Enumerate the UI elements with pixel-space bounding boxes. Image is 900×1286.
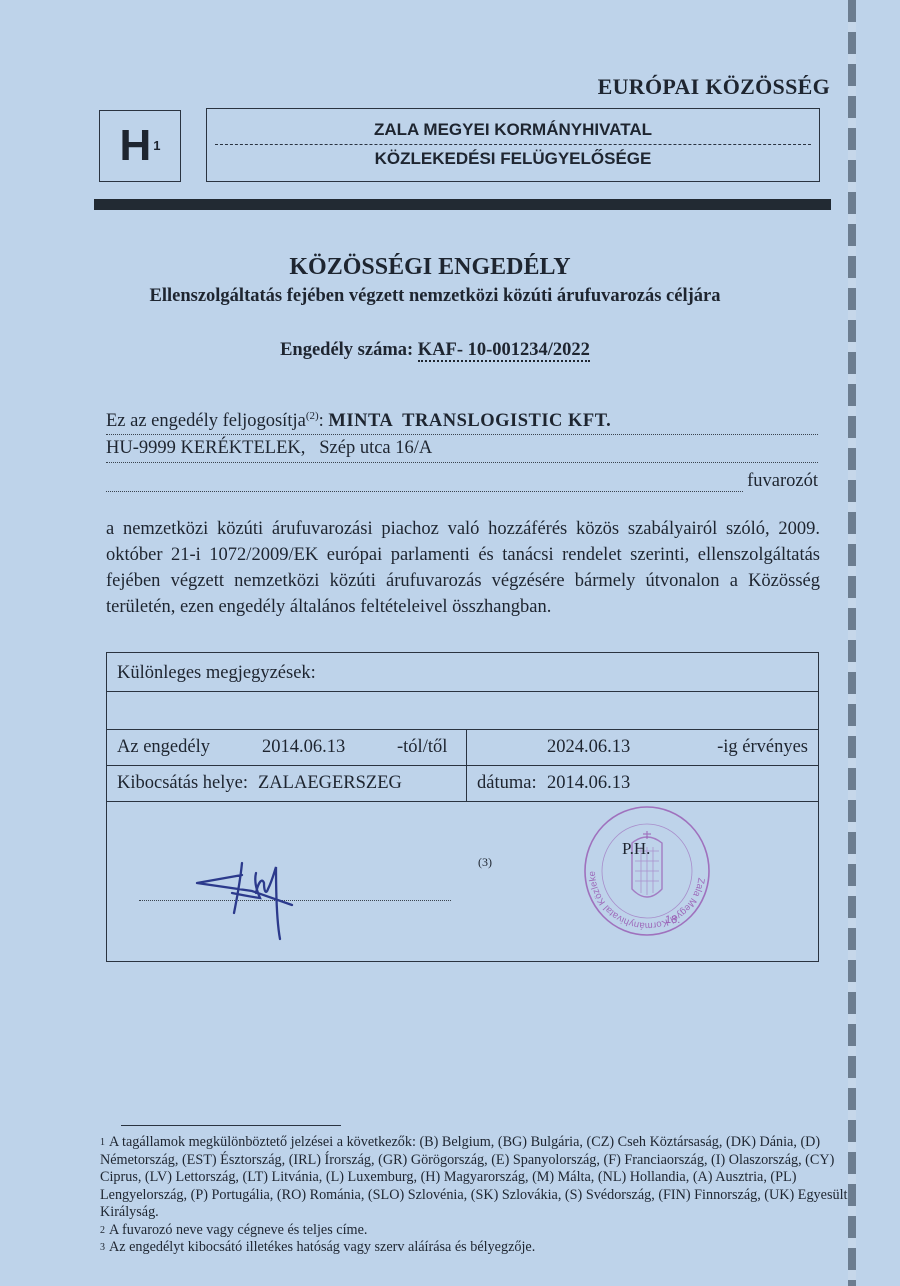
license-number-label: Engedély száma: (280, 340, 413, 360)
footnote-rule (121, 1125, 341, 1126)
footnote-1: 1A tagállamok megkülönböztető jelzései a… (100, 1134, 860, 1222)
issue-date-label: dátuma: (477, 773, 537, 794)
validity-table: Különleges megjegyzések: Az engedély 201… (106, 652, 819, 962)
authorization-text: a nemzetközi közúti árufuvarozási piacho… (106, 516, 820, 620)
valid-to-suffix: -ig érvényes (717, 737, 808, 758)
license-number: KAF- 10-001234/2022 (418, 340, 590, 362)
valid-from-date: 2014.06.13 (262, 737, 345, 758)
signature-scribble-icon (192, 853, 322, 943)
header-divider-bar (94, 199, 831, 210)
stamp-placeholder-label: P.H. (622, 839, 650, 859)
footnote-3: 3Az engedélyt kibocsátó illetékes hatósá… (100, 1239, 860, 1257)
holder-label: Ez az engedély feljogosítja (106, 411, 306, 431)
footnote-number: 2 (100, 1225, 105, 1236)
table-column-divider (466, 730, 467, 802)
paper-perforation-edge (848, 0, 856, 1286)
authority-line-1: ZALA MEGYEI KORMÁNYHIVATAL (207, 120, 819, 140)
table-rule (107, 765, 818, 766)
authority-line-2: KÖZLEKEDÉSI FELÜGYELŐSÉGE (207, 149, 819, 169)
document-title: KÖZÖSSÉGI ENGEDÉLY (0, 254, 900, 281)
holder-name: MINTA TRANSLOGISTIC KFT. (328, 411, 611, 431)
country-code: H (119, 124, 151, 168)
table-rule (107, 729, 818, 730)
holder-name-line: Ez az engedély feljogosítja(2): MINTA TR… (106, 410, 818, 435)
valid-from-suffix: -tól/től (397, 737, 447, 758)
issue-place-label: Kibocsátás helye: (117, 773, 248, 794)
footnotes: 1A tagállamok megkülönböztető jelzései a… (100, 1134, 860, 1257)
validity-label: Az engedély (117, 737, 210, 758)
footnote-text: A tagállamok megkülönböztető jelzései a … (100, 1134, 847, 1220)
footnote-text: Az engedélyt kibocsátó illetékes hatóság… (109, 1239, 535, 1255)
holder-address-line: HU-9999 KERÉKTELEK, Szép utca 16/A (106, 438, 818, 463)
country-code-footnote: 1 (153, 138, 160, 153)
eu-title: EURÓPAI KÖZÖSSÉG (598, 74, 830, 100)
footnote-2: 2A fuvarozó neve vagy cégneve és teljes … (100, 1222, 860, 1240)
svg-text:Zala Megyei Kormányhivatal Köz: Zala Megyei Kormányhivatal Közlekedési F… (577, 801, 707, 931)
valid-to-date: 2024.06.13 (547, 737, 630, 758)
carrier-word: fuvarozót (747, 471, 818, 492)
footnote-number: 3 (100, 1242, 105, 1253)
license-number-line: Engedély száma: KAF- 10-001234/2022 (0, 340, 900, 361)
issue-place: ZALAEGERSZEG (258, 773, 402, 794)
holder-label-footnote: (2) (306, 410, 319, 422)
signature-footnote-marker: (3) (478, 855, 492, 870)
authority-divider (215, 144, 811, 145)
issuing-authority-box: ZALA MEGYEI KORMÁNYHIVATAL KÖZLEKEDÉSI F… (206, 108, 820, 182)
issue-date: 2014.06.13 (547, 773, 630, 794)
table-rule (107, 691, 818, 692)
stamp-number: 18. (665, 914, 680, 926)
document-subtitle: Ellenszolgáltatás fejében végzett nemzet… (0, 286, 900, 307)
country-code-box: H 1 (99, 110, 181, 182)
holder-label-colon: : (319, 411, 324, 431)
footnote-text: A fuvarozó neve vagy cégneve és teljes c… (109, 1222, 367, 1238)
stamp-text: Zala Megyei Kormányhivatal Közlekedési F… (577, 801, 707, 931)
holder-address: HU-9999 KERÉKTELEK, Szép utca 16/A (106, 438, 432, 458)
holder-third-line: fuvarozót (106, 468, 818, 492)
official-stamp-icon: Zala Megyei Kormányhivatal Közlekedési F… (577, 801, 717, 941)
footnote-number: 1 (100, 1137, 105, 1148)
special-remarks-label: Különleges megjegyzések: (117, 663, 316, 684)
blank-dotted-line (106, 471, 743, 492)
